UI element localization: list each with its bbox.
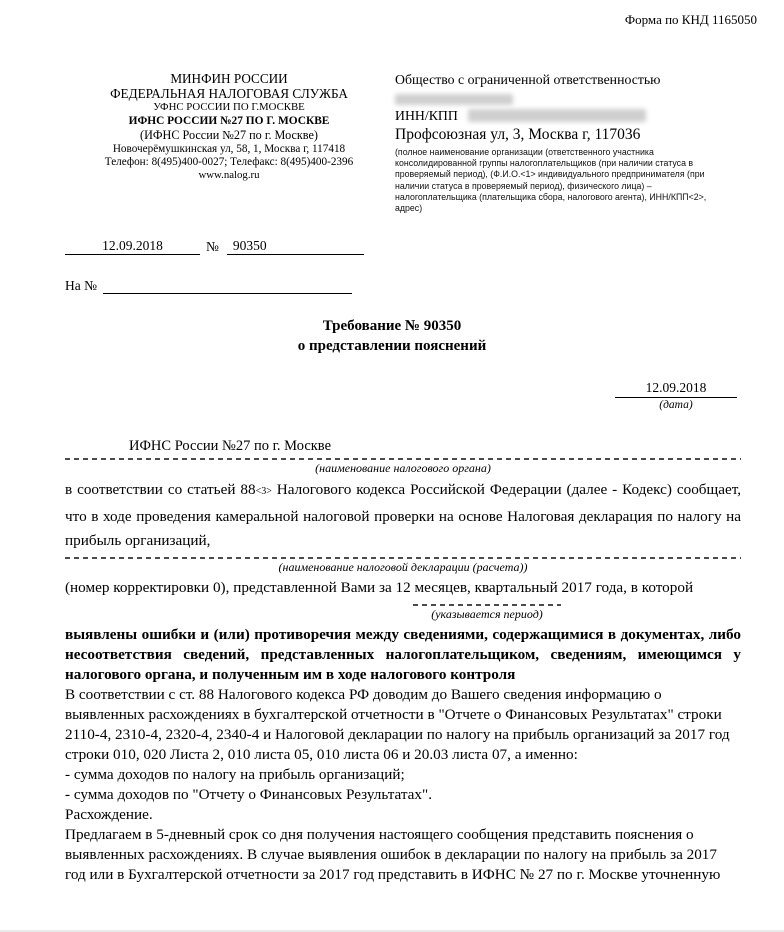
paragraph-correction: (номер корректировки 0), представленной … [65, 577, 741, 599]
authority-caption: (наименование налогового органа) [65, 461, 741, 476]
document-title-line1: Требование № 90350 [0, 317, 784, 337]
inn-kpp-line: ИНН/КПП [395, 107, 743, 124]
reply-to-blank-line [103, 276, 352, 294]
intro-text-prefix: в соответствии со статьей 88 [65, 481, 256, 498]
sender-block: МИНФИН РОССИИ ФЕДЕРАЛЬНАЯ НАЛОГОВАЯ СЛУЖ… [63, 71, 395, 214]
inn-kpp-label: ИНН/КПП [395, 107, 458, 124]
period-field: (указывается период) [377, 604, 597, 622]
reference-date-number-row: 12.09.2018 № 90350 [65, 238, 364, 255]
sender-ministry: МИНФИН РОССИИ [63, 71, 395, 86]
tax-authority-name: ИФНС России №27 по г. Москве [65, 437, 741, 455]
form-code-label: Форма по КНД 1165050 [625, 12, 757, 28]
period-caption: (указывается период) [377, 607, 597, 622]
paragraph-intro: в соответствии со статьей 88<3> Налогово… [65, 478, 741, 554]
reply-to-row: На № [65, 276, 364, 294]
footnote-marker-3: <3> [256, 486, 272, 497]
recipient-address: Профсоюзная ул, 3, Москва г, 117036 [395, 125, 743, 145]
dashed-separator [65, 557, 741, 559]
sender-phones: Телефон: 8(495)400-0027; Телефакс: 8(495… [63, 156, 395, 169]
date-field-caption: (дата) [615, 399, 737, 411]
document-title: Требование № 90350 о представлении поясн… [0, 317, 784, 356]
redacted-inn-kpp [468, 109, 646, 122]
list-item-profit-tax-income: - сумма доходов по налогу на прибыль орг… [65, 765, 741, 785]
dashed-separator [65, 458, 741, 460]
main-text: выявлены ошибки и (или) противоречия меж… [65, 625, 741, 885]
paragraph-discrepancy-info: В соответствии с ст. 88 Налогового кодек… [65, 685, 741, 765]
recipient-field-note: (полное наименование организации (ответс… [395, 147, 717, 214]
sender-website: www.nalog.ru [63, 169, 395, 182]
date-field: 12.09.2018 (дата) [615, 380, 737, 411]
sender-ufns: УФНС РОССИИ ПО Г.МОСКВЕ [63, 101, 395, 114]
reference-date: 12.09.2018 [65, 238, 200, 255]
dashed-separator-short [413, 604, 561, 606]
reply-to-label: На № [65, 278, 97, 294]
sender-ifns-parenthetical: (ИФНС России №27 по г. Москве) [63, 128, 395, 143]
recipient-org-type: Общество с ограниченной ответственностью [395, 71, 743, 88]
recipient-block: Общество с ограниченной ответственностью… [395, 71, 743, 214]
form-body: ИФНС России №27 по г. Москве (наименован… [65, 437, 741, 885]
sender-ifns-bold: ИФНС РОССИИ №27 ПО Г. МОСКВЕ [63, 114, 395, 128]
reference-number: 90350 [227, 238, 364, 255]
reference-block: 12.09.2018 № 90350 На № [65, 238, 364, 294]
paragraph-request: Предлагаем в 5-дневный срок со дня получ… [65, 825, 741, 885]
redacted-company-name [395, 94, 513, 105]
declaration-caption: (наименование налоговой декларации (расч… [65, 560, 741, 575]
date-field-value: 12.09.2018 [615, 380, 737, 398]
paragraph-errors-found: выявлены ошибки и (или) противоречия меж… [65, 625, 741, 685]
list-item-financial-results-income: - сумма доходов по "Отчету о Финансовых … [65, 785, 741, 805]
number-sign: № [206, 239, 219, 255]
document-header: МИНФИН РОССИИ ФЕДЕРАЛЬНАЯ НАЛОГОВАЯ СЛУЖ… [63, 71, 743, 214]
line-discrepancy: Расхождение. [65, 805, 741, 825]
sender-address: Новочерёмушкинская ул, 58, 1, Москва г, … [63, 143, 395, 156]
document-page: Форма по КНД 1165050 МИНФИН РОССИИ ФЕДЕР… [0, 0, 784, 932]
sender-service: ФЕДЕРАЛЬНАЯ НАЛОГОВАЯ СЛУЖБА [63, 86, 395, 101]
document-title-line2: о представлении пояснений [0, 337, 784, 357]
